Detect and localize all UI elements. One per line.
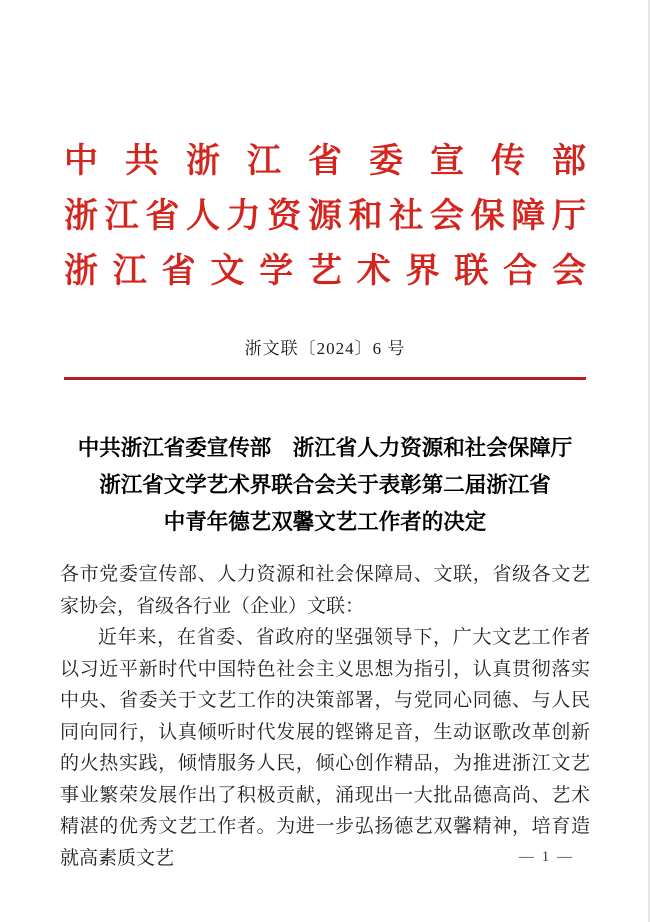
letterhead: 中共浙江省委宣传部 浙江省人力资源和社会保障厅 浙江省文学艺术界联合会	[64, 130, 586, 295]
title-line-3: 中青年德艺双馨文艺工作者的决定	[45, 504, 605, 541]
document-page: 中共浙江省委宣传部 浙江省人力资源和社会保障厅 浙江省文学艺术界联合会 浙文联〔…	[0, 0, 650, 922]
letterhead-line-3: 浙江省文学艺术界联合会	[64, 240, 586, 295]
page-number: — 1 —	[519, 849, 574, 866]
title-line-2: 浙江省文学艺术界联合会关于表彰第二届浙江省	[45, 467, 605, 504]
recipients-paragraph: 各市党委宣传部、人力资源和社会保障局、文联，省级各文艺家协会，省级各行业（企业）…	[60, 559, 590, 622]
letterhead-line-1: 中共浙江省委宣传部	[64, 130, 586, 185]
letterhead-line-2: 浙江省人力资源和社会保障厅	[64, 185, 586, 240]
body-paragraph: 近年来，在省委、省政府的坚强领导下，广大文艺工作者以习近平新时代中国特色社会主义…	[60, 622, 590, 874]
document-number: 浙文联〔2024〕6 号	[0, 337, 650, 361]
document-title: 中共浙江省委宣传部 浙江省人力资源和社会保障厅 浙江省文学艺术界联合会关于表彰第…	[45, 430, 605, 541]
red-divider-rule	[64, 377, 586, 380]
document-body: 各市党委宣传部、人力资源和社会保障局、文联，省级各文艺家协会，省级各行业（企业）…	[60, 559, 590, 874]
title-line-1: 中共浙江省委宣传部 浙江省人力资源和社会保障厅	[45, 430, 605, 467]
